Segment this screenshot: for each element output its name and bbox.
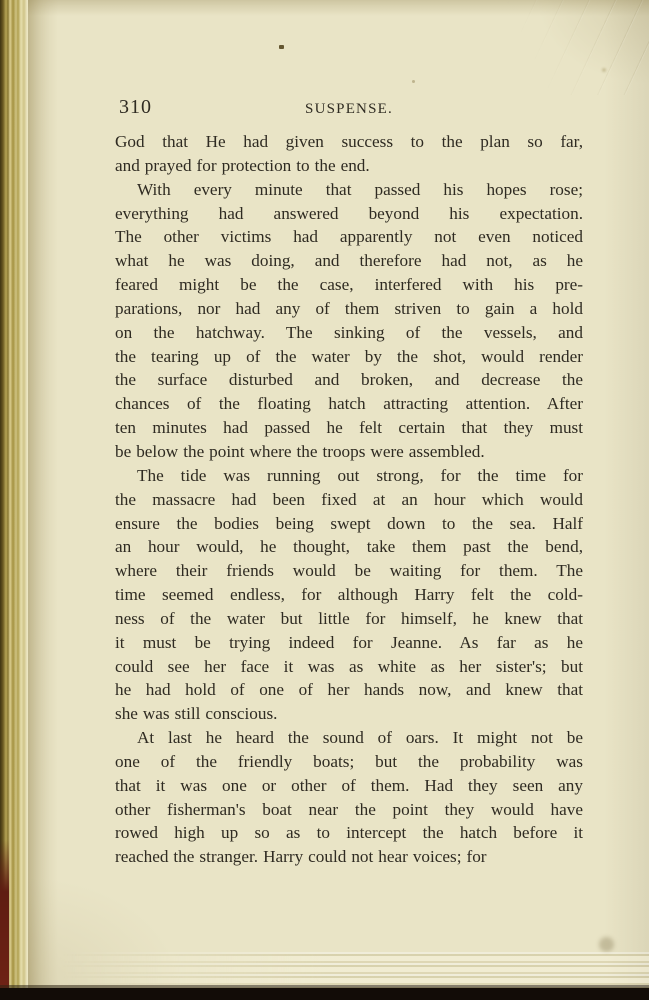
running-title: SUSPENSE. xyxy=(115,101,583,118)
text-line: ensure the bodies being swept down to th… xyxy=(115,512,583,536)
text-line: she was still conscious. xyxy=(115,702,583,726)
text-line: At last he heard the sound of oars. It m… xyxy=(115,726,583,750)
text-line: time seemed endless, for although Harry … xyxy=(115,583,583,607)
text-line: what he was doing, and therefore had not… xyxy=(115,249,583,273)
book-scan: 310 SUSPENSE. God that He had given succ… xyxy=(0,0,649,1000)
text-line: parations, nor had any of them striven t… xyxy=(115,297,583,321)
text-line: the surface disturbed and broken, and de… xyxy=(115,368,583,392)
text-line: that it was one or other of them. Had th… xyxy=(115,774,583,798)
text-line: could see her face it was as white as he… xyxy=(115,655,583,679)
text-line: With every minute that passed his hopes … xyxy=(115,178,583,202)
text-line: ten minutes had passed he felt certain t… xyxy=(115,416,583,440)
text-line: the tearing up of the water by the shot,… xyxy=(115,345,583,369)
text-line: chances of the floating hatch attracting… xyxy=(115,392,583,416)
table-shadow-band xyxy=(0,988,649,1000)
underlying-page-edges xyxy=(499,0,649,95)
page-edge-stack xyxy=(60,952,649,988)
page-header: 310 SUSPENSE. xyxy=(115,96,583,124)
paper-speck xyxy=(602,68,606,72)
text-line: he had hold of one of her hands now, and… xyxy=(115,678,583,702)
text-line: The tide was running out strong, for the… xyxy=(115,464,583,488)
text-line: ness of the water but little for himself… xyxy=(115,607,583,631)
text-line: and prayed for protection to the end. xyxy=(115,154,583,178)
text-line: The other victims had apparently not eve… xyxy=(115,225,583,249)
paper-smudge xyxy=(599,937,614,952)
text-line: on the hatchway. The sinking of the vess… xyxy=(115,321,583,345)
text-line: everything had answered beyond his expec… xyxy=(115,202,583,226)
text-line: reached the stranger. Harry could not he… xyxy=(115,845,583,869)
text-line: the massacre had been fixed at an hour w… xyxy=(115,488,583,512)
text-line: one of the friendly boats; but the proba… xyxy=(115,750,583,774)
text-line: God that He had given success to the pla… xyxy=(115,130,583,154)
paper-speck xyxy=(279,45,284,49)
text-line: feared might be the case, interfered wit… xyxy=(115,273,583,297)
text-line: other fisherman's boat near the point th… xyxy=(115,798,583,822)
text-line: rowed high up so as to intercept the hat… xyxy=(115,821,583,845)
book-cover-edge xyxy=(0,840,9,988)
text-line: it must be trying indeed for Jeanne. As … xyxy=(115,631,583,655)
text-line: where their friends would be waiting for… xyxy=(115,559,583,583)
page-text: God that He had given success to the pla… xyxy=(115,130,583,869)
text-line: be below the point where the troops were… xyxy=(115,440,583,464)
text-line: an hour would, he thought, take them pas… xyxy=(115,535,583,559)
paper-speck xyxy=(412,80,415,83)
